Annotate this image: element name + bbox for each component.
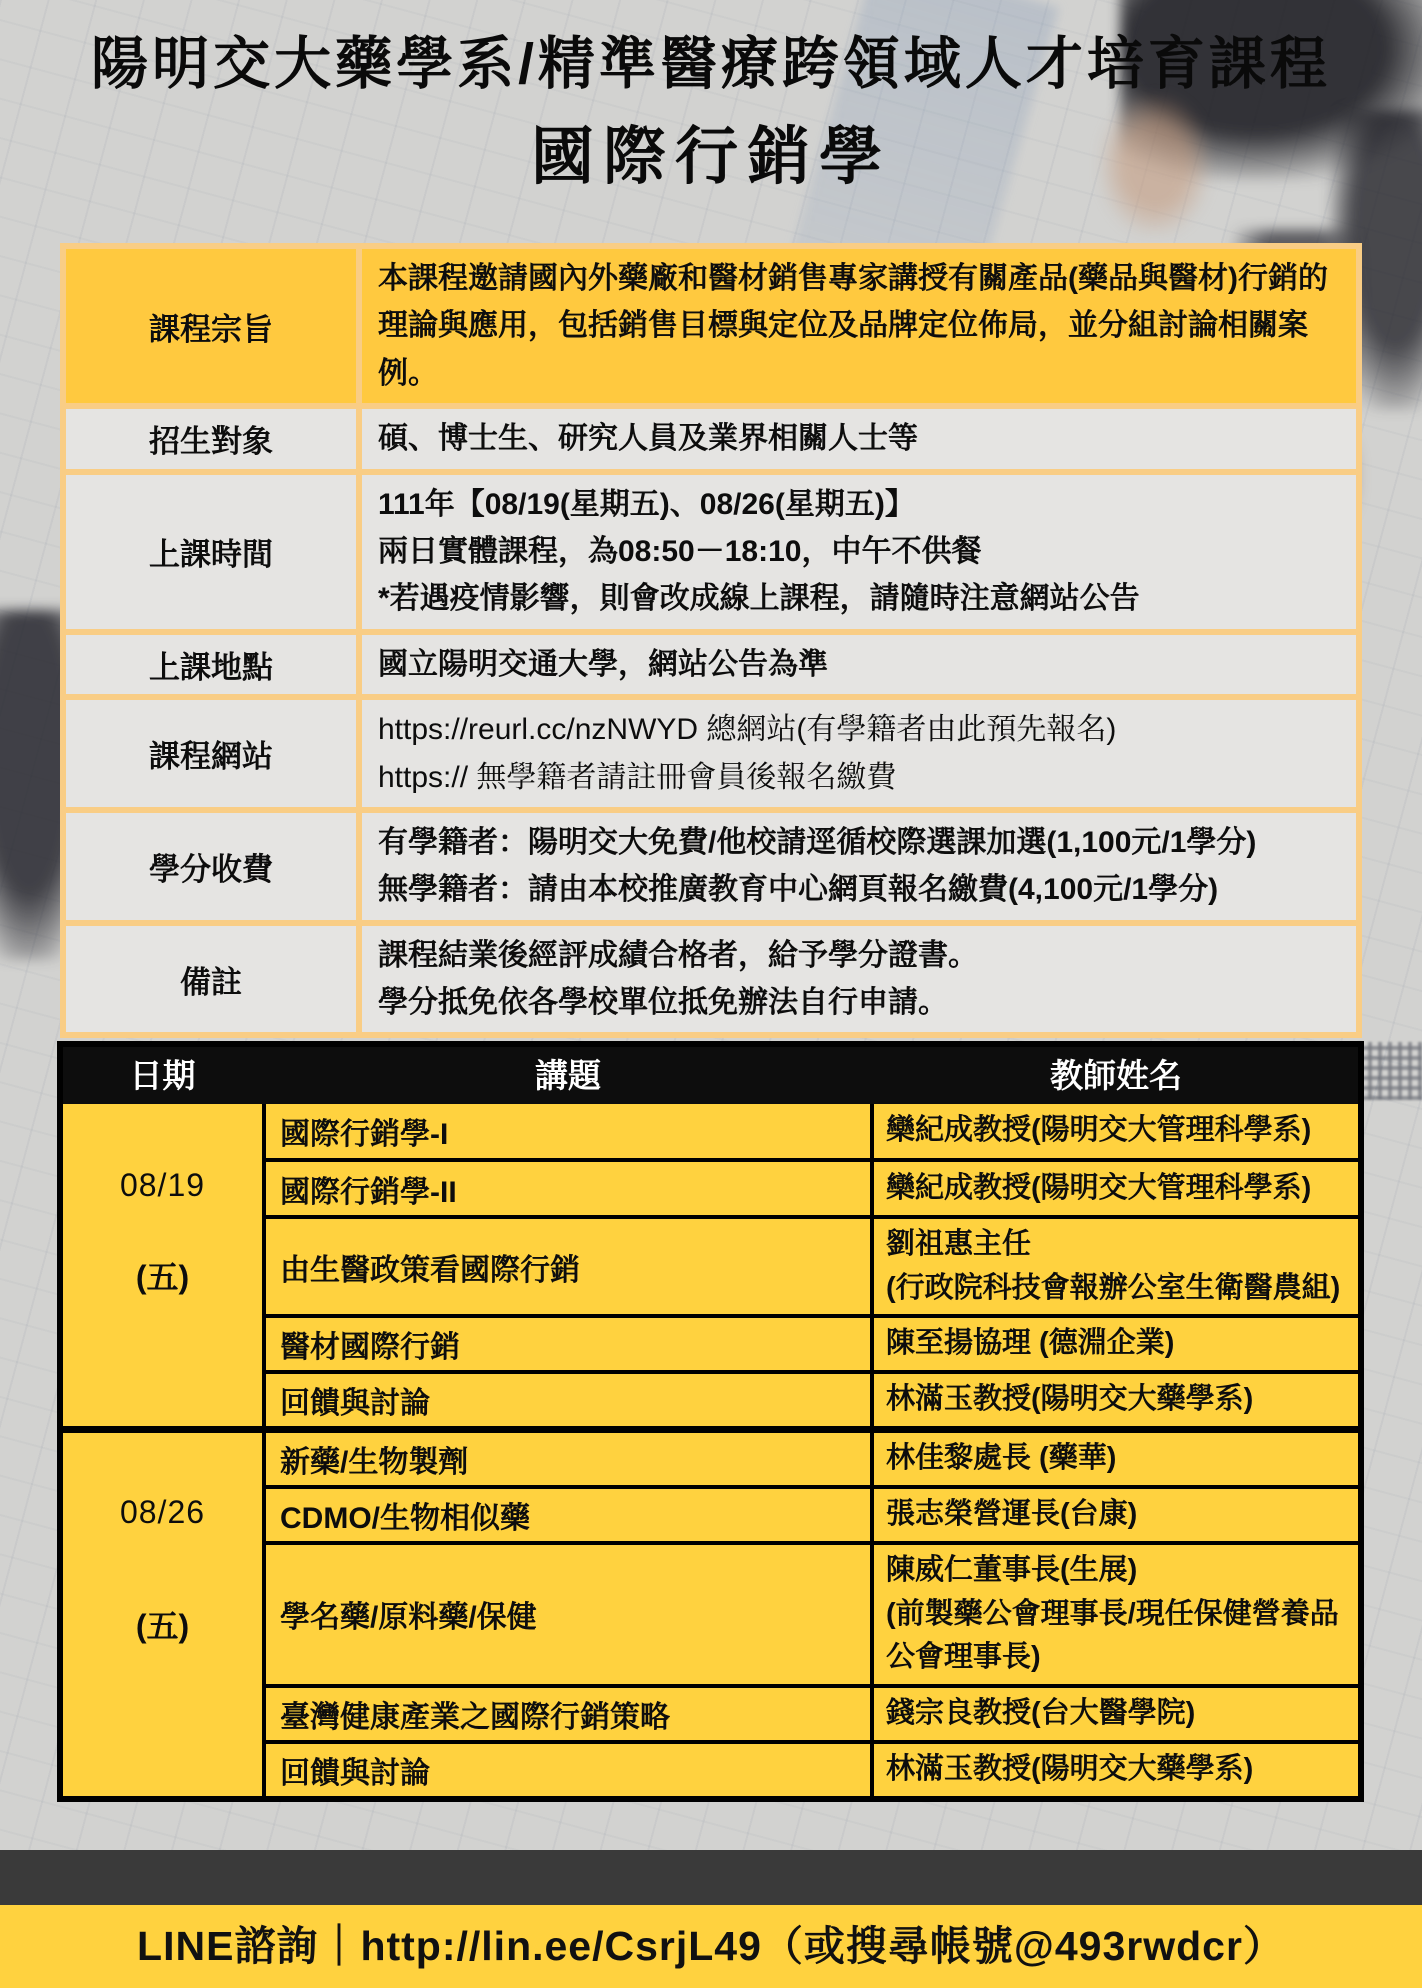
session-topic: CDMO/生物相似藥	[264, 1487, 872, 1543]
line-consult-label: LINE諮詢	[137, 1923, 318, 1969]
schedule-header-topic: 講題	[264, 1044, 872, 1102]
teacher-line: (行政院科技會報辦公室生衛醫農組)	[886, 1267, 1352, 1311]
teacher-line: 劉祖惠主任	[886, 1223, 1352, 1267]
footer-contact-bar: LINE諮詢｜http://lin.ee/CsrjL49（或搜尋帳號@493rw…	[0, 1905, 1422, 1988]
schedule-header-row: 日期 講題 教師姓名	[60, 1044, 1361, 1102]
session-topic: 回饋與討論	[264, 1372, 872, 1430]
session-teacher: 錢宗良教授(台大醫學院)	[872, 1686, 1361, 1742]
teacher-line: 陳至揚協理 (德淵企業)	[886, 1322, 1352, 1366]
line-account-note: （或搜尋帳號@493rwdcr）	[762, 1923, 1285, 1969]
info-content-location: 國立陽明交通大學，網站公告為準	[359, 632, 1359, 697]
info-label-purpose: 課程宗旨	[63, 246, 359, 406]
footer-divider: ｜	[318, 1923, 360, 1969]
info-row-fees: 學分收費 有學籍者：陽明交大免費/他校請逕循校際選課加選(1,100元/1學分)…	[63, 810, 1359, 923]
session-teacher: 欒紀成教授(陽明交大管理科學系)	[872, 1102, 1361, 1160]
info-line: 課程結業後經評成績合格者，給予學分證書。	[378, 932, 1342, 979]
session-topic: 臺灣健康產業之國際行銷策略	[264, 1686, 872, 1742]
info-row-audience: 招生對象 碩、博士生、研究人員及業界相關人士等	[63, 406, 1359, 471]
session-topic: 國際行銷學-II	[264, 1160, 872, 1217]
title-line-2: 國際行銷學	[0, 106, 1422, 197]
schedule-weekday: (五)	[136, 1601, 189, 1647]
info-label-website: 課程網站	[63, 697, 359, 810]
info-line: 兩日實體課程，為08:50－18:10，中午不供餐	[378, 528, 1342, 575]
session-teacher: 林滿玉教授(陽明交大藥學系)	[872, 1372, 1361, 1430]
session-teacher: 林佳黎處長 (藥華)	[872, 1430, 1361, 1488]
teacher-line: 錢宗良教授(台大醫學院)	[886, 1692, 1352, 1736]
info-line: 111年【08/19(星期五)、08/26(星期五)】	[378, 481, 1342, 528]
schedule-row: 08/19 (五) 國際行銷學-I 欒紀成教授(陽明交大管理科學系)	[60, 1102, 1361, 1160]
info-label-location: 上課地點	[63, 632, 359, 697]
poster-page: 陽明交大藥學系/精準醫療跨領域人才培育課程 國際行銷學 課程宗旨 本課程邀請國內…	[0, 0, 1422, 1988]
line-url: http://lin.ee/CsrjL49	[360, 1923, 761, 1969]
session-teacher: 陳至揚協理 (德淵企業)	[872, 1316, 1361, 1372]
info-line: 無學籍者：請由本校推廣教育中心網頁報名繳費(4,100元/1學分)	[378, 866, 1342, 913]
info-label-time: 上課時間	[63, 472, 359, 632]
info-label-remarks: 備註	[63, 923, 359, 1036]
teacher-line: 張志榮營運長(台康)	[886, 1493, 1352, 1537]
session-teacher: 張志榮營運長(台康)	[872, 1487, 1361, 1543]
course-info-table: 課程宗旨 本課程邀請國內外藥廠和醫材銷售專家講授有關產品(藥品與醫材)行銷的理論…	[60, 243, 1362, 1038]
schedule-row: 08/26 (五) 新藥/生物製劑 林佳黎處長 (藥華)	[60, 1430, 1361, 1488]
info-line: 學分抵免依各學校單位抵免辦法自行申請。	[378, 979, 1342, 1026]
schedule-date: 08/26	[120, 1494, 205, 1531]
footer-dark-band	[0, 1850, 1422, 1905]
info-content-website: https://reurl.cc/nzNWYD 總網站(有學籍者由此預先報名) …	[359, 697, 1359, 810]
course-website-url-secondary: https:// 無學籍者請註冊會員後報名繳費	[378, 754, 1342, 801]
poster-title: 陽明交大藥學系/精準醫療跨領域人才培育課程 國際行銷學	[0, 18, 1422, 197]
teacher-line: 欒紀成教授(陽明交大管理科學系)	[886, 1167, 1352, 1211]
info-row-remarks: 備註 課程結業後經評成績合格者，給予學分證書。 學分抵免依各學校單位抵免辦法自行…	[63, 923, 1359, 1036]
course-website-url-main: https://reurl.cc/nzNWYD 總網站(有學籍者由此預先報名)	[378, 706, 1342, 753]
schedule-date-cell-0826: 08/26 (五)	[60, 1430, 264, 1799]
info-row-website: 課程網站 https://reurl.cc/nzNWYD 總網站(有學籍者由此預…	[63, 697, 1359, 810]
date-wrap: 08/26 (五)	[64, 1434, 261, 1647]
info-line: 有學籍者：陽明交大免費/他校請逕循校際選課加選(1,100元/1學分)	[378, 819, 1342, 866]
teacher-line: 林滿玉教授(陽明交大藥學系)	[886, 1748, 1352, 1792]
info-line-covid-note: *若遇疫情影響，則會改成線上課程，請隨時注意網站公告	[378, 575, 1342, 622]
info-row-time: 上課時間 111年【08/19(星期五)、08/26(星期五)】 兩日實體課程，…	[63, 472, 1359, 632]
title-line-1: 陽明交大藥學系/精準醫療跨領域人才培育課程	[0, 18, 1422, 100]
schedule-date-cell-0819: 08/19 (五)	[60, 1102, 264, 1430]
info-content-remarks: 課程結業後經評成績合格者，給予學分證書。 學分抵免依各學校單位抵免辦法自行申請。	[359, 923, 1359, 1036]
session-topic: 學名藥/原料藥/保健	[264, 1543, 872, 1686]
schedule-date: 08/19	[120, 1167, 205, 1204]
session-topic: 由生醫政策看國際行銷	[264, 1217, 872, 1316]
date-wrap: 08/19 (五)	[64, 1105, 261, 1298]
session-topic: 國際行銷學-I	[264, 1102, 872, 1160]
teacher-line: (前製藥公會理事長/現任保健營養品公會理事長)	[886, 1593, 1352, 1680]
info-content-audience: 碩、博士生、研究人員及業界相關人士等	[359, 406, 1359, 471]
schedule-weekday: (五)	[136, 1252, 189, 1298]
session-topic: 回饋與討論	[264, 1742, 872, 1799]
info-content-purpose: 本課程邀請國內外藥廠和醫材銷售專家講授有關產品(藥品與醫材)行銷的理論與應用，包…	[359, 246, 1359, 406]
info-line: 碩、博士生、研究人員及業界相關人士等	[378, 415, 1342, 462]
schedule-header-date: 日期	[60, 1044, 264, 1102]
info-line: 國立陽明交通大學，網站公告為準	[378, 641, 1342, 688]
info-content-fees: 有學籍者：陽明交大免費/他校請逕循校際選課加選(1,100元/1學分) 無學籍者…	[359, 810, 1359, 923]
session-teacher: 林滿玉教授(陽明交大藥學系)	[872, 1742, 1361, 1799]
teacher-line: 欒紀成教授(陽明交大管理科學系)	[886, 1109, 1352, 1153]
footer-contact-text: LINE諮詢｜http://lin.ee/CsrjL49（或搜尋帳號@493rw…	[137, 1913, 1285, 1972]
session-teacher: 欒紀成教授(陽明交大管理科學系)	[872, 1160, 1361, 1217]
session-topic: 新藥/生物製劑	[264, 1430, 872, 1488]
teacher-line: 陳威仁董事長(生展)	[886, 1549, 1352, 1593]
teacher-line: 林滿玉教授(陽明交大藥學系)	[886, 1378, 1352, 1422]
session-teacher: 劉祖惠主任 (行政院科技會報辦公室生衛醫農組)	[872, 1217, 1361, 1316]
session-teacher: 陳威仁董事長(生展) (前製藥公會理事長/現任保健營養品公會理事長)	[872, 1543, 1361, 1686]
info-label-fees: 學分收費	[63, 810, 359, 923]
schedule-table: 日期 講題 教師姓名 08/19 (五) 國際行銷學-I 欒紀成教授(陽明交大管…	[57, 1041, 1364, 1802]
background-photo-cobble-grid	[1358, 1042, 1422, 1100]
info-content-time: 111年【08/19(星期五)、08/26(星期五)】 兩日實體課程，為08:5…	[359, 472, 1359, 632]
teacher-line: 林佳黎處長 (藥華)	[886, 1437, 1352, 1481]
session-topic: 醫材國際行銷	[264, 1316, 872, 1372]
info-row-purpose: 課程宗旨 本課程邀請國內外藥廠和醫材銷售專家講授有關產品(藥品與醫材)行銷的理論…	[63, 246, 1359, 406]
info-label-audience: 招生對象	[63, 406, 359, 471]
info-line: 本課程邀請國內外藥廠和醫材銷售專家講授有關產品(藥品與醫材)行銷的理論與應用，包…	[378, 255, 1342, 397]
schedule-header-teacher: 教師姓名	[872, 1044, 1361, 1102]
info-row-location: 上課地點 國立陽明交通大學，網站公告為準	[63, 632, 1359, 697]
